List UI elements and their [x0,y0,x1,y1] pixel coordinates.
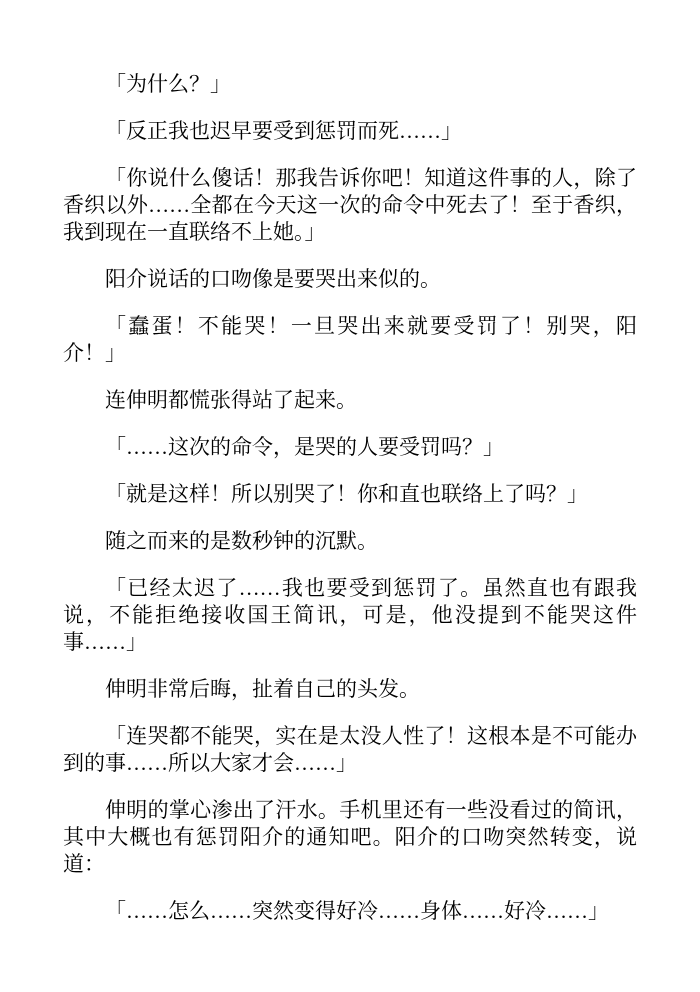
paragraph-narration-4: 伸明非常后晦，扯着自己的头发。 [63,676,637,703]
paragraph-narration-2: 连伸明都慌张得站了起来。 [63,387,637,414]
paragraph-dialogue-8: 「连哭都不能哭，实在是太没人性了！这根本是不可能办到的事……所以大家才会……」 [63,723,637,777]
paragraph-dialogue-6: 「就是这样！所以别哭了！你和直也联络上了吗？」 [63,481,637,508]
paragraph-narration-5: 伸明的掌心渗出了汗水。手机里还有一些没看过的简讯，其中大概也有惩罚阳介的通知吧。… [63,797,637,878]
paragraph-dialogue-4: 「蠢蛋！不能哭！一旦哭出来就要受罚了！别哭，阳介！」 [63,313,637,367]
paragraph-dialogue-5: 「……这次的命令，是哭的人要受罚吗？」 [63,434,637,461]
novel-page: 「为什么？」 「反正我也迟早要受到惩罚而死……」 「你说什么傻话！那我告诉你吧！… [0,0,700,992]
paragraph-dialogue-2: 「反正我也迟早要受到惩罚而死……」 [63,118,637,145]
paragraph-dialogue-7: 「已经太迟了……我也要受到惩罚了。虽然直也有跟我说，不能拒绝接收国王简讯，可是，… [63,575,637,656]
paragraph-narration-1: 阳介说话的口吻像是要哭出来似的。 [63,266,637,293]
paragraph-narration-3: 随之而来的是数秒钟的沉默。 [63,528,637,555]
paragraph-dialogue-3: 「你说什么傻话！那我告诉你吧！知道这件事的人，除了香织以外……全都在今天这一次的… [63,165,637,246]
paragraph-dialogue-1: 「为什么？」 [63,71,637,98]
paragraph-dialogue-9: 「……怎么……突然变得好冷……身体……好冷……」 [63,898,637,925]
